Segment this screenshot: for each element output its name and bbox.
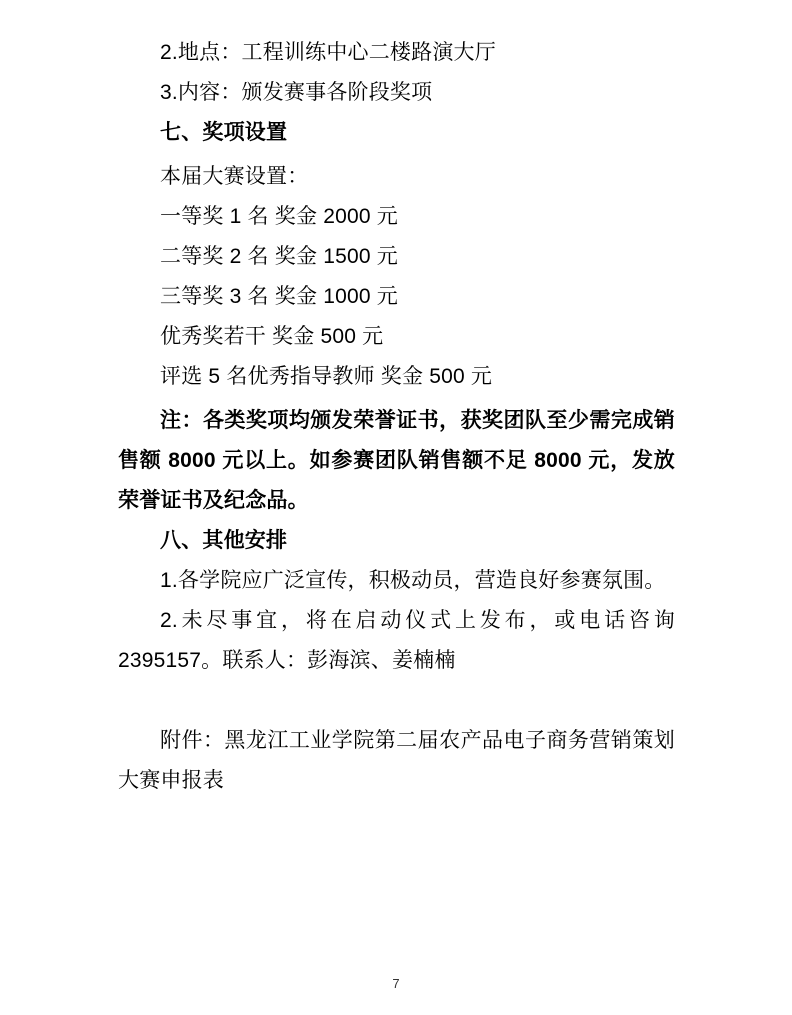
line-third-prize: 三等奖 3 名 奖金 1000 元 xyxy=(118,277,675,317)
line-publicity: 1.各学院应广泛宣传，积极动员，营造良好参赛氛围。 xyxy=(118,561,675,601)
heading-section-8-other: 八、其他安排 xyxy=(118,521,675,561)
line-awards-intro: 本届大赛设置： xyxy=(118,157,675,197)
blank-line xyxy=(118,681,675,721)
line-teacher-award: 评选 5 名优秀指导教师 奖金 500 元 xyxy=(118,357,675,397)
attachment-line-1: 附件：黑龙江工业学院第二届农产品电子商务营销策划 xyxy=(118,721,675,761)
line-excellence-prize: 优秀奖若干 奖金 500 元 xyxy=(118,317,675,357)
document-body: 2.地点：工程训练中心二楼路演大厅 3.内容：颁发赛事各阶段奖项 七、奖项设置 … xyxy=(0,0,792,801)
line-contact-part-1: 2.未尽事宜，将在启动仪式上发布，或电话咨询 xyxy=(118,601,675,641)
line-second-prize: 二等奖 2 名 奖金 1500 元 xyxy=(118,237,675,277)
line-event-location: 2.地点：工程训练中心二楼路演大厅 xyxy=(118,33,675,73)
line-contact-part-2: 2395157。联系人：彭海滨、姜楠楠 xyxy=(118,641,675,681)
note-paragraph-line-2: 售额 8000 元以上。如参赛团队销售额不足 8000 元，发放 xyxy=(118,441,675,481)
page-number: 7 xyxy=(0,976,792,991)
note-paragraph-line-1: 注：各类奖项均颁发荣誉证书，获奖团队至少需完成销 xyxy=(118,401,675,441)
note-paragraph-line-3: 荣誉证书及纪念品。 xyxy=(118,481,675,521)
line-event-content: 3.内容：颁发赛事各阶段奖项 xyxy=(118,73,675,113)
attachment-line-2: 大赛申报表 xyxy=(118,761,675,801)
line-first-prize: 一等奖 1 名 奖金 2000 元 xyxy=(118,197,675,237)
document-page: 2.地点：工程训练中心二楼路演大厅 3.内容：颁发赛事各阶段奖项 七、奖项设置 … xyxy=(0,0,792,1015)
heading-section-7-awards: 七、奖项设置 xyxy=(118,113,675,153)
